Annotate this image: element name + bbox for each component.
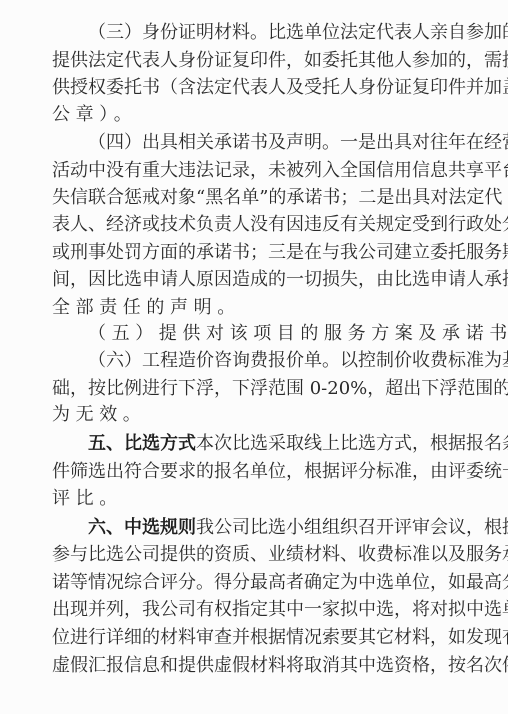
document-page: （三）身份证明材料。比选单位法定代表人亲自参加的， 提供法定代表人身份证复印件，…	[0, 0, 508, 714]
text-line: 失信联合惩戒对象“黑名单”的承诺书；二是出具对法定代	[52, 186, 456, 210]
text-line: （五）提供对该项目的服务方案及承诺书。	[88, 322, 456, 346]
text-line: 全部责任的声明。	[52, 296, 456, 320]
text-line: 为无效。	[52, 403, 456, 427]
text-line: 公章）。	[52, 103, 456, 127]
text-line: 供授权委托书（含法定代表人及受托人身份证复印件并加盖	[52, 76, 456, 100]
text-line: 参与比选公司提供的资质、业绩材料、收费标准以及服务承	[52, 543, 456, 567]
text-line: 五、比选方式本次比选采取线上比选方式，根据报名条	[88, 432, 456, 456]
text-line: 出现并列，我公司有权指定其中一家拟中选，将对拟中选单	[52, 598, 456, 622]
text-line: 或刑事处罚方面的承诺书；三是在与我公司建立委托服务期	[52, 241, 456, 265]
text-line: 位进行详细的材料审查并根据情况索要其它材料，如发现有	[52, 626, 456, 650]
section-body-text: 本次比选采取线上比选方式，根据报名条	[196, 433, 508, 454]
section-body-text: 我公司比选小组组织召开评审会议，根据	[196, 517, 508, 538]
text-line: （六）工程造价咨询费报价单。以控制价收费标准为基	[88, 349, 456, 373]
section-heading: 六、中选规则	[88, 517, 196, 538]
text-line: 评比。	[52, 487, 456, 511]
text-line: 六、中选规则我公司比选小组组织召开评审会议，根据	[88, 516, 456, 540]
text-line: 活动中没有重大违法记录，未被列入全国信用信息共享平台	[52, 159, 456, 183]
section-heading: 五、比选方式	[88, 433, 196, 454]
text-line: 虚假汇报信息和提供虚假材料将取消其中选资格，按名次依	[52, 654, 456, 678]
text-line: 诺等情况综合评分。得分最高者确定为中选单位，如最高分	[52, 571, 456, 595]
text-line: （三）身份证明材料。比选单位法定代表人亲自参加的，	[88, 21, 456, 45]
text-line: 提供法定代表人身份证复印件，如委托其他人参加的，需提	[52, 49, 456, 73]
text-line: 表人、经济或技术负责人没有因违反有关规定受到行政处分	[52, 213, 456, 237]
text-line: 间，因比选申请人原因造成的一切损失，由比选申请人承担	[52, 268, 456, 292]
text-line: 件筛选出符合要求的报名单位，根据评分标准，由评委统一	[52, 460, 456, 484]
text-line: （四）出具相关承诺书及声明。一是出具对往年在经营	[88, 131, 456, 155]
text-line: 础，按比例进行下浮，下浮范围 0-20%，超出下浮范围的视	[52, 377, 456, 401]
